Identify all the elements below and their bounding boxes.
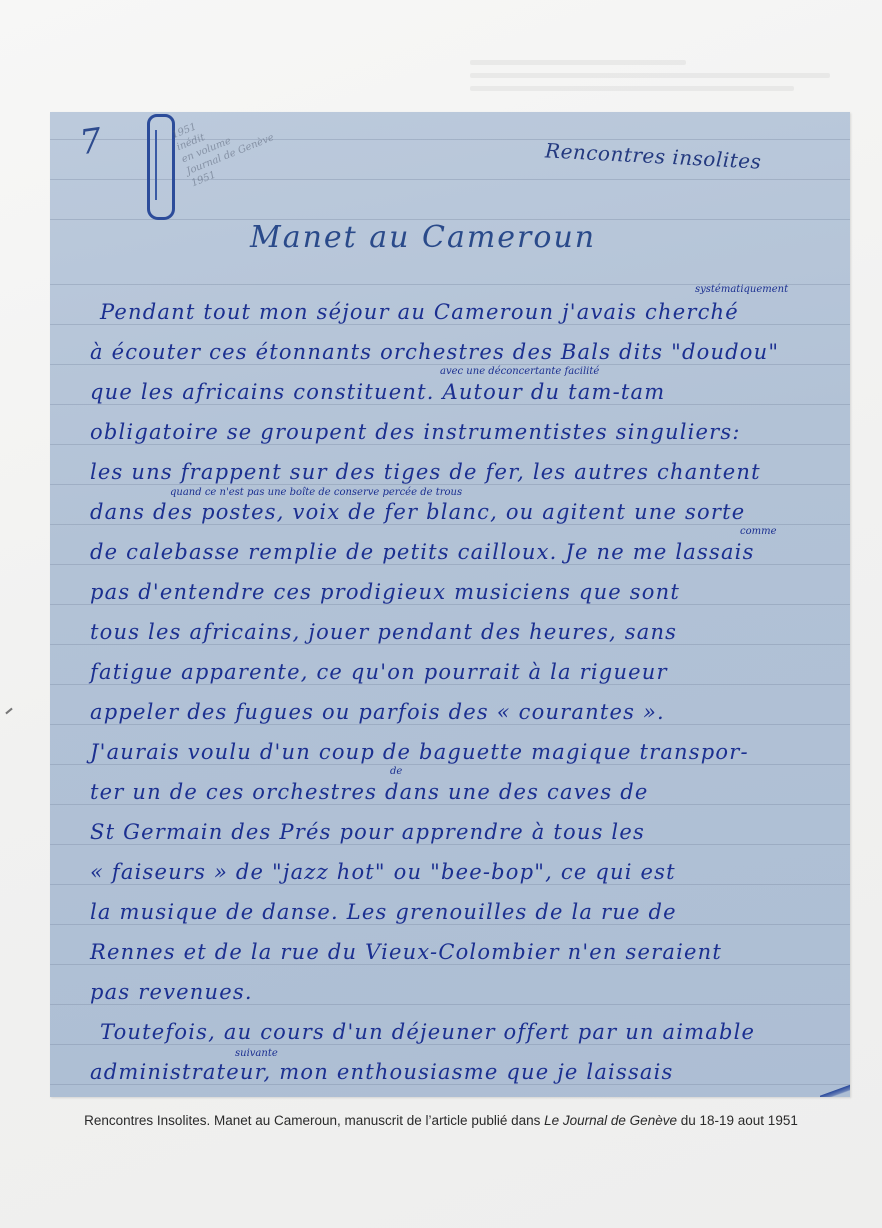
manuscript-line: de calebasse remplie de petits cailloux.… — [90, 532, 850, 572]
manuscript-line: appeler des fugues ou parfois des « cour… — [90, 692, 850, 732]
manuscript-line: à écouter ces étonnants orchestres des B… — [90, 332, 850, 372]
caption-date: du 18-19 aout 1951 — [677, 1113, 798, 1128]
pencil-annotation: 1951 inédit en volume Journal de Genève … — [170, 112, 281, 190]
page-corner-curl — [820, 1083, 850, 1097]
manuscript-line: les uns frappent sur des tiges de fer, l… — [90, 452, 850, 492]
manuscript-line: Pendant tout mon séjour au Cameroun j'av… — [90, 292, 850, 332]
manuscript-line: dans des postes, voix de fer blanc, ou a… — [90, 492, 850, 532]
header-note: Rencontres insolites — [545, 138, 762, 173]
manuscript-line: St Germain des Prés pour apprendre à tou… — [90, 812, 850, 852]
manuscript-line: Rennes et de la rue du Vieux-Colombier n… — [90, 932, 850, 972]
manuscript-line: Toutefois, au cours d'un déjeuner offert… — [90, 1012, 850, 1052]
manuscript-line: tous les africains, jouer pendant des he… — [90, 612, 850, 652]
manuscript-line: déborder après les libations d'usage, re… — [90, 1092, 850, 1097]
manuscript-line: pas d'entendre ces prodigieux musiciens … — [90, 572, 850, 612]
manuscript-line: ter un de ces orchestres dans une des ca… — [90, 772, 850, 812]
manuscript-line: J'aurais voulu d'un coup de baguette mag… — [90, 732, 850, 772]
caption-journal-title: Le Journal de Genève — [544, 1113, 677, 1128]
manuscript-sheet: 7 1951 inédit en volume Journal de Genèv… — [50, 112, 850, 1097]
manuscript-line: « faiseurs » de "jazz hot" ou "bee-bop",… — [90, 852, 850, 892]
manuscript-body: Pendant tout mon séjour au Cameroun j'av… — [90, 292, 850, 1097]
figure-caption: Rencontres Insolites. Manet au Cameroun,… — [0, 1113, 882, 1128]
manuscript-line: que les africains constituent. Autour du… — [90, 372, 850, 412]
show-through-text — [470, 60, 830, 92]
manuscript-line: obligatoire se groupent des instrumentis… — [90, 412, 850, 452]
manuscript-title: Manet au Cameroun — [250, 220, 596, 255]
page-number: 7 — [77, 121, 104, 164]
manuscript-line: pas revenues. — [90, 972, 850, 1012]
manuscript-line: fatigue apparente, ce qu'on pourrait à l… — [90, 652, 850, 692]
manuscript-line: la musique de danse. Les grenouilles de … — [90, 892, 850, 932]
manuscript-line: administrateur, mon enthousiasme que je … — [90, 1052, 850, 1092]
caption-text: Rencontres Insolites. Manet au Cameroun,… — [84, 1113, 544, 1128]
paperclip-inner-wire — [155, 130, 157, 200]
